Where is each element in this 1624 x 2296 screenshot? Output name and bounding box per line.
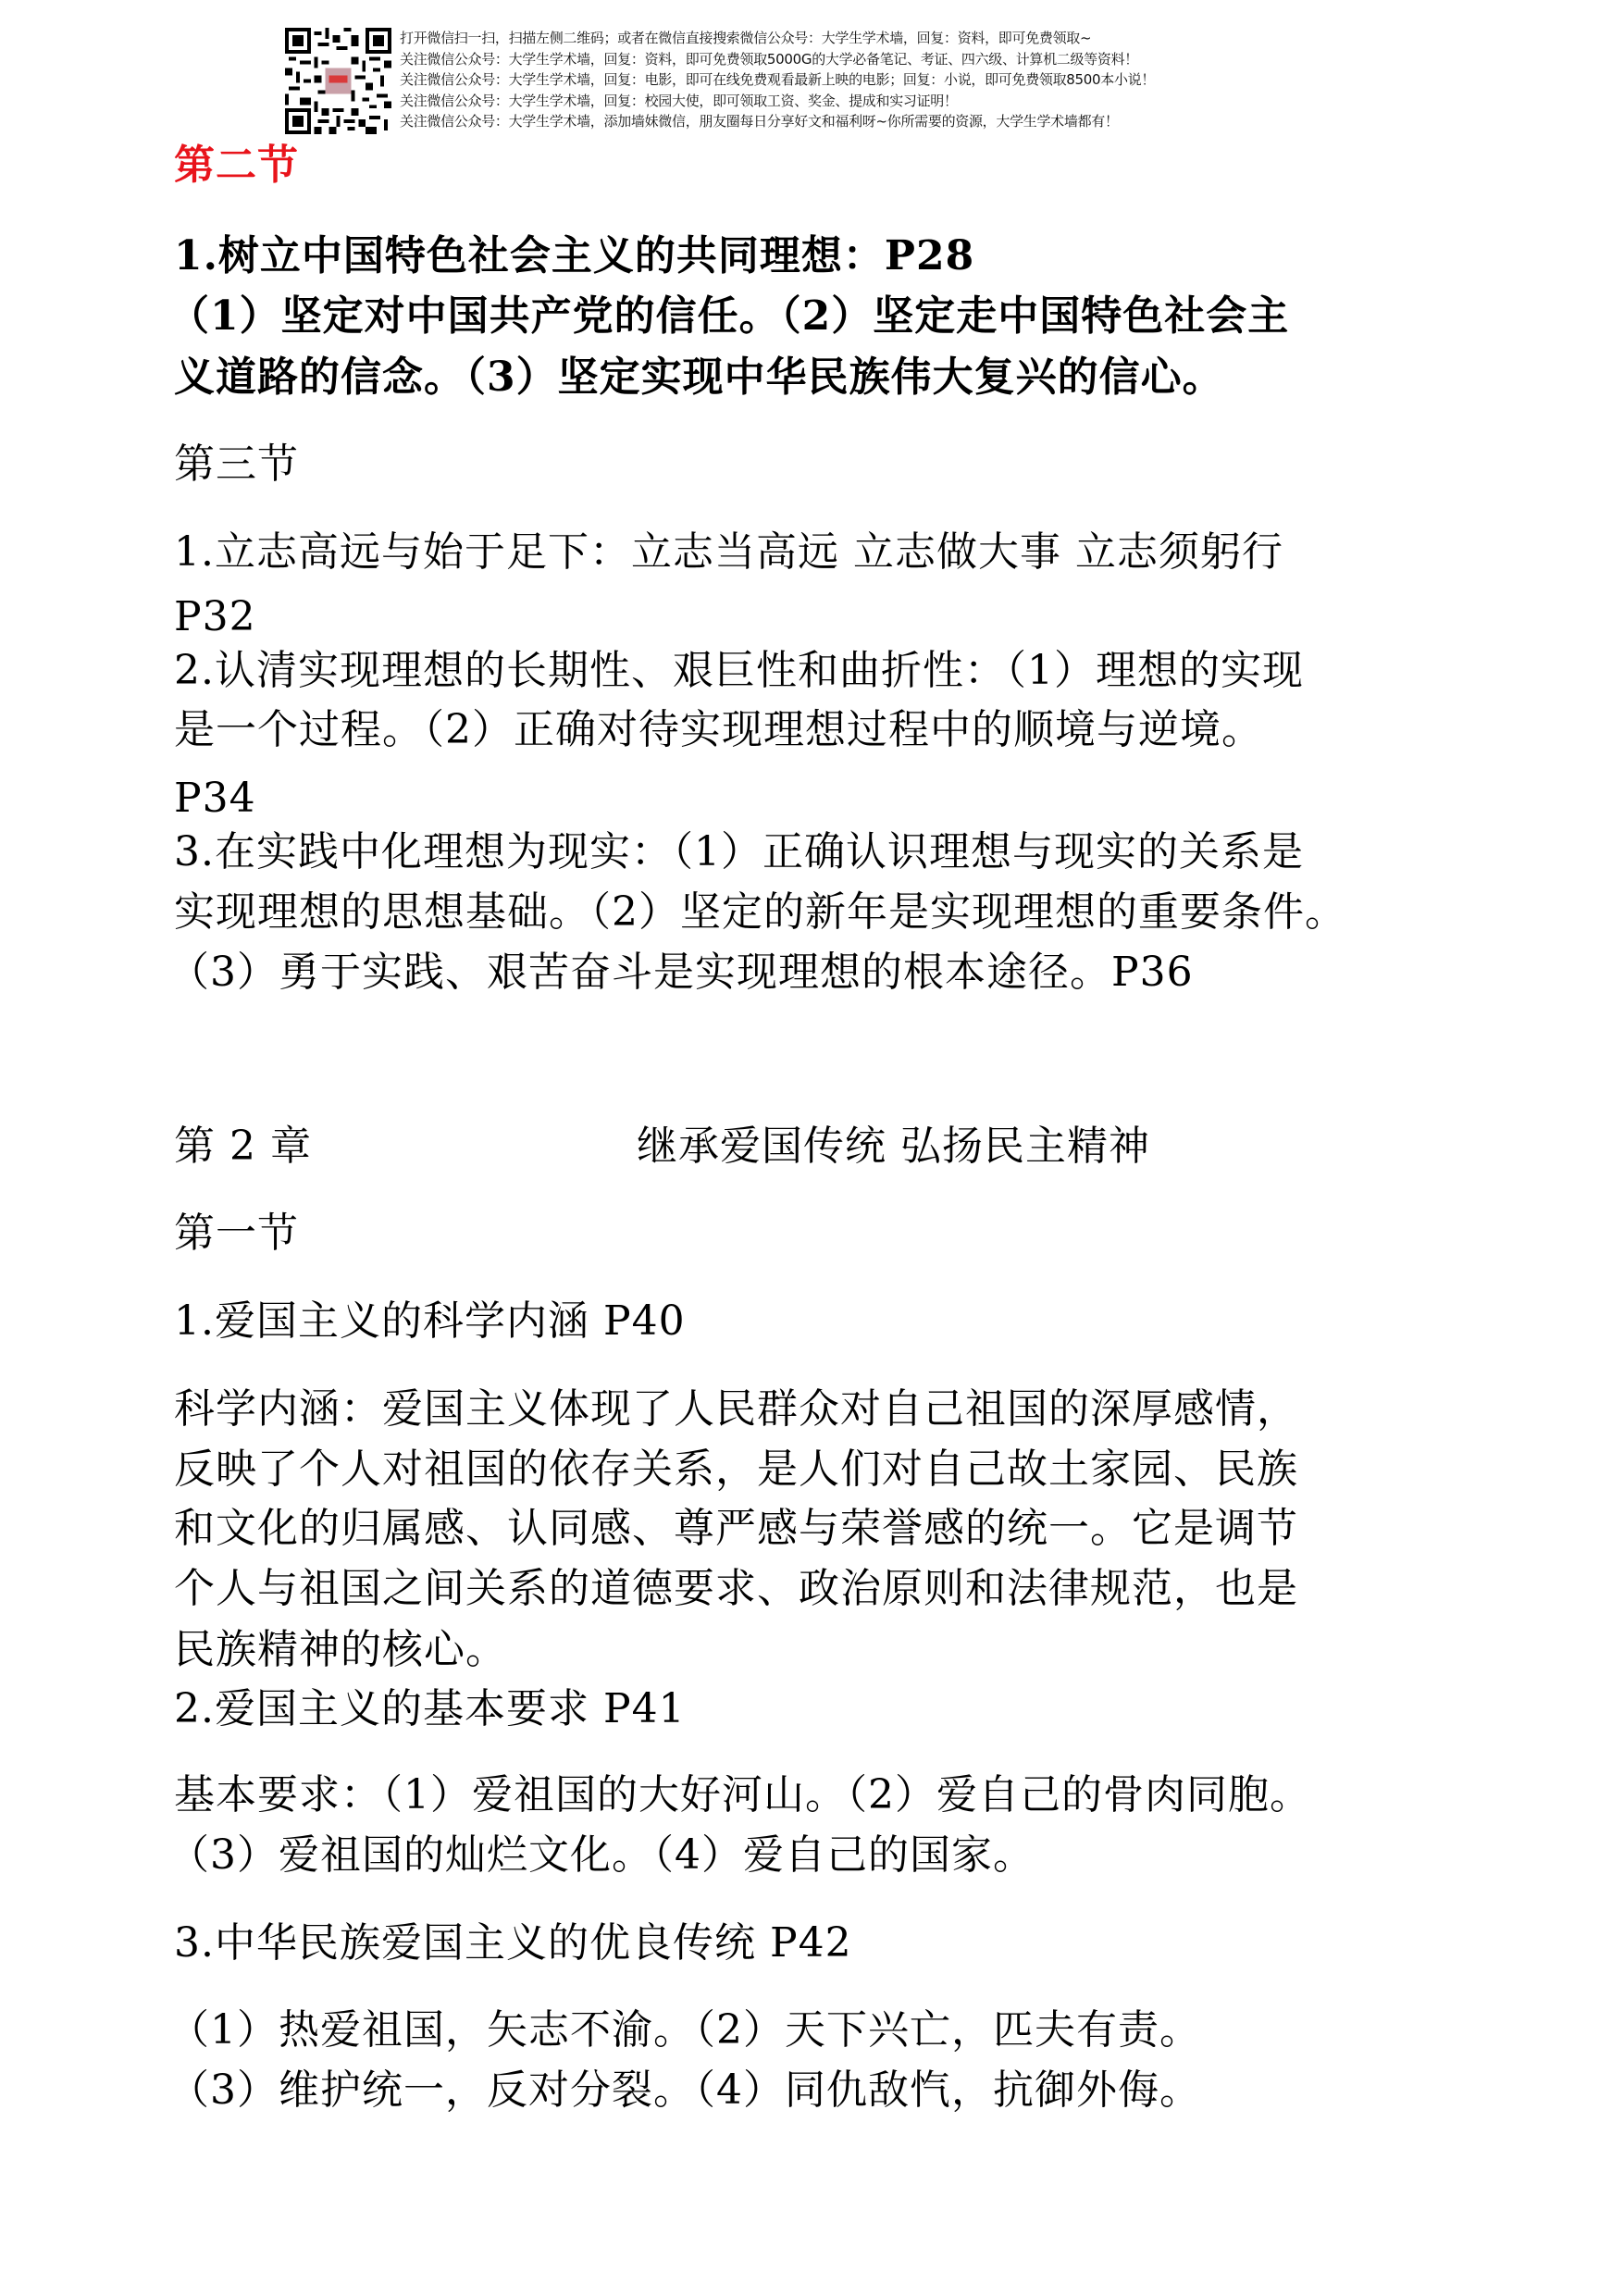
item-body: 民族精神的核心。 — [174, 1625, 507, 1675]
promo-banner: 打开微信扫一扫，扫描左侧二维码；或者在微信直接搜索微信公众号：大学生学术墙，回复… — [400, 28, 1325, 132]
chapter-label: 第 2 章 — [174, 1122, 312, 1172]
chapter-title: 继承爱国传统 弘扬民主精神 — [637, 1122, 1150, 1172]
item-body: 实现理想的思想基础。（2）坚定的新年是实现理想的重要条件。 — [174, 887, 1346, 937]
item-body: （3）爱祖国的灿烂文化。（4）爱自己的国家。 — [168, 1831, 1035, 1880]
item-body: 基本要求：（1）爱祖国的大好河山。（2）爱自己的骨肉同胞。 — [174, 1770, 1311, 1820]
item-body: 反映了个人对祖国的依存关系，是人们对自己故土家园、民族 — [174, 1445, 1298, 1495]
item-title: 3.中华民族爱国主义的优良传统 P42 — [174, 1918, 852, 1968]
section-heading-3: 第三节 — [174, 440, 299, 490]
item-body: 是一个过程。（2）正确对待实现理想过程中的顺境与逆境。 — [174, 705, 1263, 755]
item-body: 义道路的信念。（3）坚定实现中华民族伟大复兴的信心。 — [174, 353, 1224, 403]
item-title: 2.爱国主义的基本要求 P41 — [174, 1684, 686, 1734]
item-body: （3）勇于实践、艰苦奋斗是实现理想的根本途径。P36 — [168, 948, 1194, 998]
item-body: 和文化的归属感、认同感、尊严感与荣誉感的统一。它是调节 — [174, 1504, 1298, 1554]
item-title: 1.树立中国特色社会主义的共同理想：P28 — [174, 231, 974, 281]
item-body: （1）热爱祖国，矢志不渝。（2）天下兴亡，匹夫有责。 — [168, 2005, 1201, 2055]
section-heading-2: 第二节 — [174, 141, 299, 191]
item-title: 3.在实践中化理想为现实：（1）正确认识理想与现实的关系是 — [174, 827, 1304, 877]
banner-line: 关注微信公众号：大学生学术墙，回复：电影，即可在线免费观看最新上映的电影；回复：… — [400, 69, 1325, 91]
item-title: 2.认清实现理想的长期性、艰巨性和曲折性：（1）理想的实现 — [174, 646, 1304, 696]
qr-code-icon — [285, 28, 391, 134]
item-body: （1）坚定对中国共产党的信任。（2）坚定走中国特色社会主 — [168, 292, 1289, 341]
page-ref: P34 — [174, 774, 256, 824]
item-title: 1.立志高远与始于足下：立志当高远 立志做大事 立志须躬行 — [174, 527, 1283, 577]
banner-line: 关注微信公众号：大学生学术墙，回复：资料，即可免费领取5000G的大学必备笔记、… — [400, 49, 1325, 70]
item-title: 1.爱国主义的科学内涵 P40 — [174, 1297, 686, 1347]
banner-line: 关注微信公众号：大学生学术墙，添加墙妹微信，朋友圈每日分享好文和福利呀~你所需要… — [400, 111, 1325, 132]
item-body: 科学内涵：爱国主义体现了人民群众对自己祖国的深厚感情， — [174, 1384, 1298, 1434]
banner-line: 关注微信公众号：大学生学术墙，回复：校园大使，即可领取工资、奖金、提成和实习证明… — [400, 91, 1325, 112]
page-ref: P32 — [174, 592, 256, 642]
item-body: （3）维护统一，反对分裂。（4）同仇敌忾，抗御外侮。 — [168, 2066, 1201, 2116]
banner-line: 打开微信扫一扫，扫描左侧二维码；或者在微信直接搜索微信公众号：大学生学术墙，回复… — [400, 28, 1325, 49]
section-heading-1: 第一节 — [174, 1209, 299, 1259]
item-body: 个人与祖国之间关系的道德要求、政治原则和法律规范，也是 — [174, 1564, 1298, 1614]
